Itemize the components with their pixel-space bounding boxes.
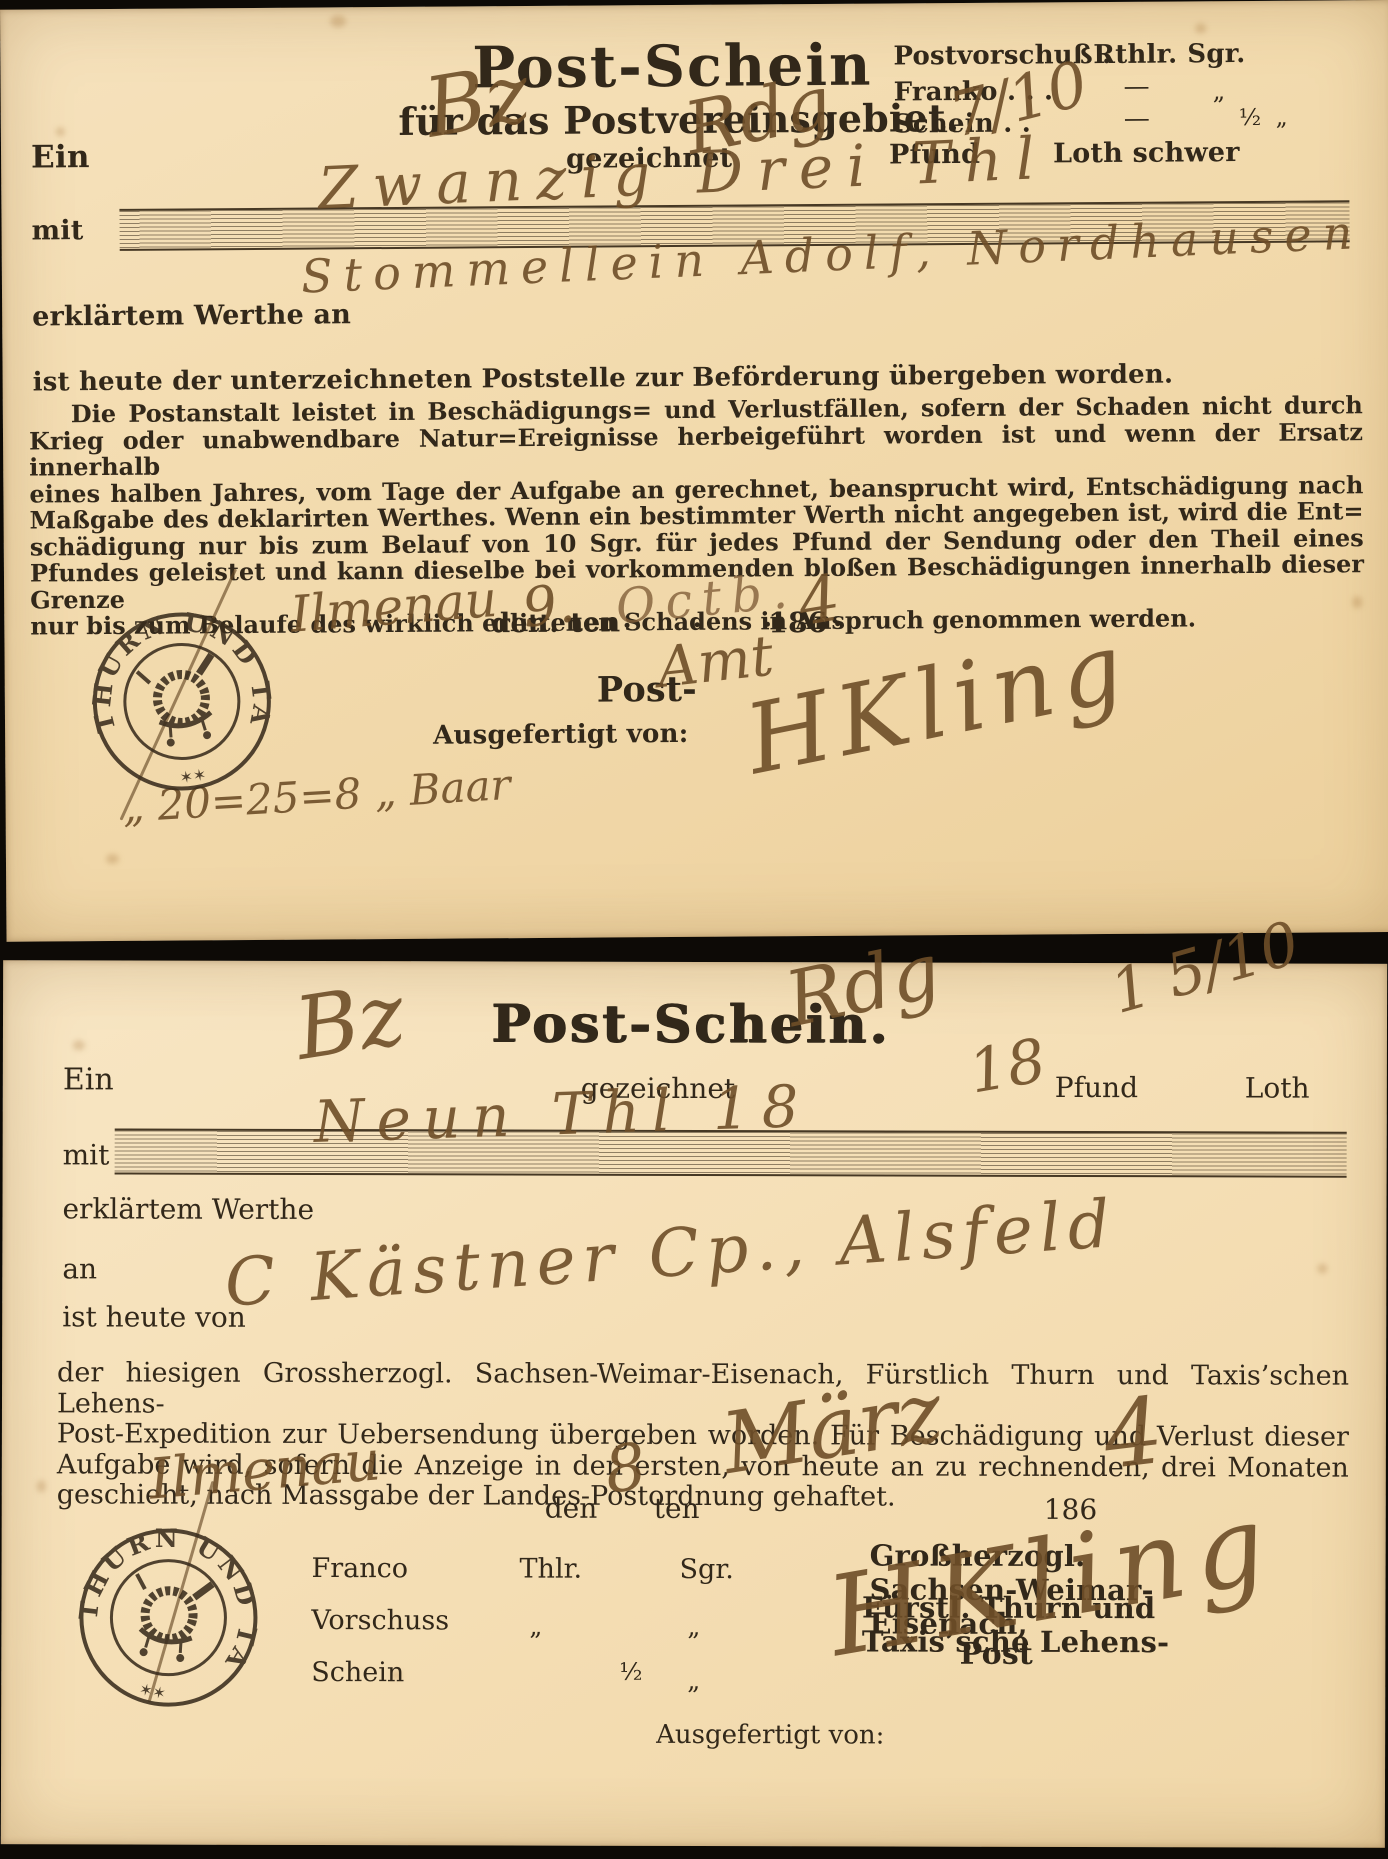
hw-day: 8 (601, 1435, 650, 1504)
label-erklaertem-werthe-an: erklärtem Werthe an (32, 299, 351, 332)
date-ten: ten (654, 1492, 700, 1525)
fee-schein-sgr: ½ „ (1239, 105, 1288, 131)
thurn-taxis-stamp: THURN UND TAXIS ✶✶ (74, 594, 290, 810)
fee-franko-sgr: „ (1213, 77, 1226, 105)
hw-place: Ilmenau (289, 574, 499, 640)
receipt-top-paper: Post-Schein für das Postvereinsgebiet. P… (0, 0, 1388, 942)
fee-col-thlr: Thlr. (520, 1554, 583, 1585)
fee-schein-rthlr: — (1124, 104, 1150, 134)
hw-signature: HKling (820, 1487, 1282, 1672)
stamp-ornament: ✶✶ (178, 765, 207, 788)
fee-schein-sgr: „ (687, 1666, 700, 1695)
label-ein: Ein (63, 1062, 114, 1097)
label-ein: Ein (31, 139, 90, 175)
thurn-taxis-stamp: THURN UND TAXIS ✶✶ (56, 1505, 282, 1731)
fee-franko-rthlr: — (1123, 72, 1149, 102)
label-loth-schwer: Loth schwer (1053, 137, 1240, 169)
hw-declared-value: Neun Thl 18 (313, 1077, 812, 1151)
label-ausgefertigt-von: Ausgefertigt von: (433, 719, 689, 751)
hw-gezeichnet-code: Rdg (779, 932, 946, 1038)
hw-consignor-mark: Bz (420, 53, 535, 151)
label-an: an (62, 1252, 97, 1285)
label-mit: mit (31, 215, 83, 246)
label-erklaertem-werthe: erklärtem Werthe (62, 1192, 314, 1226)
label-mit: mit (63, 1138, 110, 1171)
hw-addressee: C Kästner Cp., Alsfeld (223, 1191, 1119, 1317)
date-den: den (545, 1492, 598, 1525)
stamp-arc-text: THURN UND TAXIS (74, 594, 281, 760)
label-loth: Loth (1245, 1071, 1310, 1104)
date-ten: ten (570, 607, 620, 638)
fee-label-schein: Schein (311, 1657, 404, 1688)
scan-canvas: Post-Schein für das Postvereinsgebiet. P… (0, 0, 1388, 1859)
post-horn-icon (136, 655, 224, 750)
fee-col-rthlr: Rthlr. (1093, 40, 1177, 71)
post-horn-icon (120, 1568, 212, 1667)
hw-consignor-mark: Bz (290, 971, 410, 1073)
hw-signature: HKling (739, 618, 1138, 789)
label-pfund: Pfund (1055, 1071, 1138, 1104)
hw-code2: 18 (965, 1031, 1050, 1103)
svg-text:THURN UND TAXIS: THURN UND TAXIS (74, 594, 281, 760)
fee-col-sgr: Sgr. (680, 1554, 734, 1585)
hw-day: 9. (519, 576, 577, 636)
fee-label-vorschuss: Vorschuss (311, 1605, 449, 1636)
receipt-bottom-paper: Post-Schein. Ein gezeichnet Pfund Loth m… (1, 960, 1387, 1848)
label-ist-heute-von: ist heute von (62, 1300, 246, 1333)
fee-vorschuss-sgr: „ (687, 1612, 700, 1641)
fee-schein-thlr: ½ (619, 1658, 642, 1686)
fee-label-franco: Franco (312, 1553, 409, 1584)
hw-year-digit: 4 (1099, 1385, 1168, 1483)
fee-col-sgr: Sgr. (1187, 39, 1245, 69)
label-ausgefertigt-von: Ausgefertigt von: (656, 1720, 884, 1751)
fee-vorschuss-thlr: „ (529, 1612, 542, 1641)
